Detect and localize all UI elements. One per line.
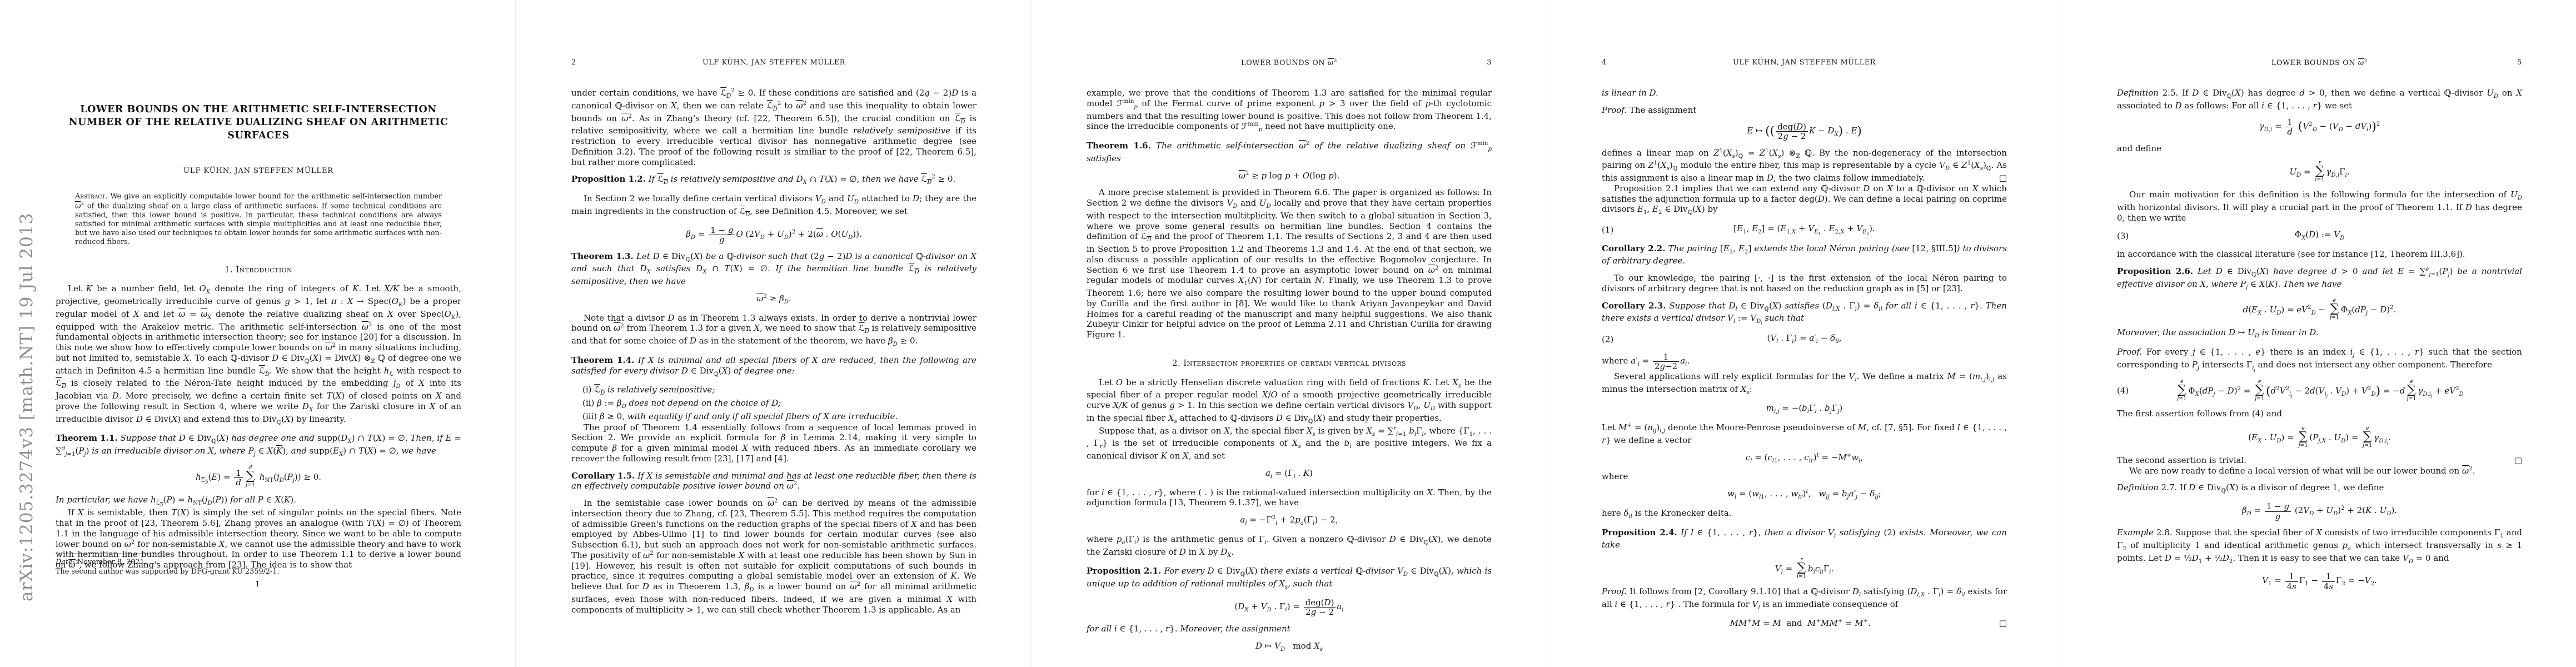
theorem-block: Theorem 1.4. If X is minimal and all spe… bbox=[571, 355, 976, 379]
paragraph: The first assertion follows from (4) and bbox=[2117, 409, 2522, 419]
paragraph: To our knowledge, the pairing [·, ·] is … bbox=[1602, 273, 2007, 294]
header-right: 3 bbox=[1487, 58, 1492, 67]
page-header: LOWER BOUNDS ON ω2 3 bbox=[1087, 58, 1492, 68]
paragraph: and define bbox=[2117, 143, 2522, 154]
page-5: LOWER BOUNDS ON ω2 5 Definition 2.5. If … bbox=[2061, 0, 2576, 667]
display-equation: ai = (Γi . K) bbox=[1087, 468, 1492, 481]
list-item: (iii) β ≥ 0, with equality if and only i… bbox=[582, 411, 976, 422]
theorem-block: Theorem 1.1. Suppose that D ∈ Divℚ(X) ha… bbox=[56, 433, 461, 459]
paragraph: Suppose that, as a divisor on X, the spe… bbox=[1087, 426, 1492, 461]
display-equation: γD,i = 1d (V2D − (VD − dVi))2 bbox=[2117, 118, 2522, 137]
page-header: 4 ULF KÜHN, JAN STEFFEN MÜLLER bbox=[1602, 58, 2007, 68]
page-2: 2 ULF KÜHN, JAN STEFFEN MÜLLER under cer… bbox=[515, 0, 1030, 667]
paragraph: where bbox=[1602, 471, 2007, 482]
paragraph: In particular, we have hℒD(P) = hNT(jD(P… bbox=[56, 495, 461, 508]
theorem-block: Proposition 1.2. If ℒD is relatively sem… bbox=[571, 174, 976, 187]
arxiv-stamp-text: arXiv:1205.3274v3 [math.NT] 19 Jul 2013 bbox=[17, 213, 37, 601]
display-equation: cl = (cl1, . . . , clr)t = −M+wl, bbox=[1602, 452, 2007, 465]
paper-title: LOWER BOUNDS ON THE ARITHMETIC SELF-INTE… bbox=[67, 103, 450, 142]
paper-authors: ULF KÜHN, JAN STEFFEN MÜLLER bbox=[56, 167, 461, 176]
paragraph: Let K be a number field, let OK denote t… bbox=[56, 283, 461, 426]
display-equation: D ↦ VD mod Xs bbox=[1087, 641, 1492, 654]
display-equation: ai = −Γ2i + 2pa(Γi) − 2, bbox=[1087, 515, 1492, 527]
theorem-block: Theorem 1.3. Let D ∈ Divℚ(X) be a ℚ-divi… bbox=[571, 251, 976, 287]
paragraph: for i ∈ {1, . . . , r}, where ( . ) is t… bbox=[1087, 487, 1492, 509]
paper-sheet: arXiv:1205.3274v3 [math.NT] 19 Jul 2013 … bbox=[0, 0, 2576, 667]
display-equation: V1 = 14sΓ1 − 14sΓ2 = −V2. bbox=[2117, 572, 2522, 591]
abstract: Abstract. We give an explicitly computab… bbox=[75, 192, 442, 246]
display-equation: βD = 1 − ggO (2VD + UD)2 + 2(ω . O(UD)). bbox=[571, 226, 976, 245]
theorem-block: Definition 2.7. If D ∈ Divℚ(X) is a divi… bbox=[2117, 482, 2522, 495]
theorem-block: Proposition 2.1. For every D ∈ Divℚ(X) t… bbox=[1087, 566, 1492, 591]
display-equation: E ↦ ((deg(D)2g − 2K − DX) . E) bbox=[1602, 122, 2007, 141]
header-left: 4 bbox=[1602, 58, 1607, 67]
section-heading: 1. Introduction bbox=[56, 265, 461, 275]
page-content: Definition 2.5. If D ∈ Divℚ(X) has degre… bbox=[2117, 88, 2522, 591]
paragraph: In Section 2 we locally define certain v… bbox=[571, 193, 976, 219]
paragraph: where a′i = 12g−2ai. bbox=[1602, 352, 2007, 371]
display-equation: wl = (wl1, . . . , wlr)t, wlj = bja′j − … bbox=[1602, 489, 2007, 501]
paragraph: We are now ready to define a local versi… bbox=[2117, 466, 2522, 476]
theorem-block: Proposition 2.6. Let D ∈ Divℚ(X) have de… bbox=[2117, 266, 2522, 292]
page-content: LOWER BOUNDS ON THE ARITHMETIC SELF-INTE… bbox=[56, 103, 461, 570]
page-content: is linear in D.Proof. The assignmentE ↦ … bbox=[1602, 88, 2007, 629]
running-head: ULF KÜHN, JAN STEFFEN MÜLLER bbox=[1733, 58, 1876, 67]
theorem-block: Proposition 2.4. If l ∈ {1, . . . , r}, … bbox=[1602, 527, 2007, 551]
theorem-block: Example 2.8. Suppose that the special fi… bbox=[2117, 527, 2522, 565]
page-3: LOWER BOUNDS ON ω2 3 example, we prove t… bbox=[1030, 0, 1546, 667]
numbered-equation: (3)ΦX(D) := VD bbox=[2117, 230, 2522, 242]
display-equation: mi,j = −(biΓi . bjΓj) bbox=[1602, 403, 2007, 416]
numbered-equation: (4)e∑j=1ΦX(dPj − D)2 = e∑j=1(d2V2ij − 2d… bbox=[2117, 379, 2522, 402]
footnote: Date: November 8, 2021.The second author… bbox=[56, 554, 461, 577]
paragraph: for all i ∈ {1, . . . , r}. Moreover, th… bbox=[1087, 624, 1492, 634]
page-header bbox=[56, 58, 461, 68]
paragraph: where pa(Γi) is the arithmetic genus of … bbox=[1087, 534, 1492, 560]
paragraph: under certain conditions, we have ℒD2 ≥ … bbox=[571, 88, 976, 167]
theorem-block: Corollary 2.3. Suppose that Dl ∈ Divℚ(X)… bbox=[1602, 301, 2007, 326]
paragraph: Moreover, the association D ↦ UD is line… bbox=[2117, 327, 2522, 340]
paragraph: here δil is the Kronecker delta. bbox=[1602, 508, 2007, 521]
list-item: (ii) β := βD does not depend on the choi… bbox=[582, 398, 976, 411]
display-equation: (EX . UD) = e∑j=1(Pj,X . UD) = e∑j=1γD,i… bbox=[2117, 426, 2522, 449]
display-equation: UD = r∑i=1γD,iΓi. bbox=[2117, 160, 2522, 183]
display-equation: ω2 ≥ p log p + O(log p). bbox=[1087, 171, 1492, 181]
theorem-block: Theorem 1.6. The arithmetic self-interse… bbox=[1087, 141, 1492, 164]
display-equation: d(EX . UD) = eV2D − e∑j=1ΦX(dPj − D)2. bbox=[2117, 298, 2522, 321]
display-equation: Vl = r∑i=1bicliΓi. bbox=[1602, 557, 2007, 580]
paragraph: defines a linear map on Z1(Xs)ℚ = Z1(Xs)… bbox=[1602, 148, 2007, 183]
theorem-block: Proof. For every j ∈ {1, . . . , e} ther… bbox=[2117, 347, 2522, 372]
display-equation: βD = 1 − gg (2VD + UD)2 + 2(K . UD). bbox=[2117, 502, 2522, 521]
equation-number: (2) bbox=[1602, 334, 1613, 345]
paragraph: Proposition 2.1 implies that we can exte… bbox=[1602, 183, 2007, 217]
theorem-block: Corollary 1.5. If X is semistable and mi… bbox=[571, 471, 976, 492]
display-equation: hℒD(E) = 1dd∑j=1 hNT(jD(Pj)) ≥ 0. bbox=[56, 465, 461, 488]
page-content: example, we prove that the conditions of… bbox=[1087, 88, 1492, 653]
paragraph: In the semistable case lower bounds on ω… bbox=[571, 498, 976, 615]
list-item: (i) ℒD is relatively semipositive; bbox=[582, 385, 976, 397]
paragraph: The second assertion is trivial.□ bbox=[2117, 455, 2522, 466]
paragraph: Let M+ = (nij)i,j denote the Moore-Penro… bbox=[1602, 422, 2007, 446]
equation-number: (4) bbox=[2117, 385, 2129, 396]
paragraph: Several applications will rely explicit … bbox=[1602, 371, 2007, 397]
page-4: 4 ULF KÜHN, JAN STEFFEN MÜLLER is linear… bbox=[1546, 0, 2061, 667]
equation-number: (1) bbox=[1602, 225, 1613, 235]
paragraph: Our main motivation for this definition … bbox=[2117, 190, 2522, 223]
paragraph: A more precise statement is provided in … bbox=[1087, 187, 1492, 340]
numbered-equation: (1)[E1, E2] = (E1,X + VE1 . E2,X + VE2). bbox=[1602, 223, 2007, 237]
theorem-block: Proof. The assignment bbox=[1602, 105, 2007, 116]
running-head: LOWER BOUNDS ON ω2 bbox=[2271, 59, 2368, 67]
header-left: 2 bbox=[571, 58, 576, 67]
display-equation: ω2 ≥ βD. bbox=[571, 293, 976, 306]
paragraph: example, we prove that the conditions of… bbox=[1087, 88, 1492, 134]
page-header: LOWER BOUNDS ON ω2 5 bbox=[2117, 58, 2522, 68]
page-content: under certain conditions, we have ℒD2 ≥ … bbox=[571, 88, 976, 615]
paragraph: in accordance with the classical literat… bbox=[2117, 249, 2522, 260]
paragraph: is linear in D. bbox=[1602, 88, 2007, 98]
display-equation: MM+M = M and M+MM+ = M+.□ bbox=[1602, 618, 2007, 629]
page-1: LOWER BOUNDS ON THE ARITHMETIC SELF-INTE… bbox=[0, 0, 515, 667]
paragraph: The proof of Theorem 1.4 essentially fol… bbox=[571, 422, 976, 464]
equation-number: (3) bbox=[2117, 231, 2129, 241]
numbered-equation: (2)(Vl . Γi) = a′i − δil, bbox=[1602, 333, 2007, 346]
page-header: 2 ULF KÜHN, JAN STEFFEN MÜLLER bbox=[571, 58, 976, 68]
paragraph: Let O be a strictly Henselian discrete v… bbox=[1087, 377, 1492, 426]
running-head: LOWER BOUNDS ON ω2 bbox=[1241, 59, 1337, 67]
display-equation: (DX + VD . Γi) = deg(D)2g − 2ai bbox=[1087, 598, 1492, 617]
page-number: 1 bbox=[0, 580, 515, 589]
paragraph: Note that a divisor D as in Theorem 1.3 … bbox=[571, 313, 976, 349]
theorem-block: Definition 2.5. If D ∈ Divℚ(X) has degre… bbox=[2117, 88, 2522, 111]
header-right: 5 bbox=[2517, 58, 2522, 67]
paragraph: Proof. It follows from [2, Corollary 9.1… bbox=[1602, 586, 2007, 612]
theorem-block: Corollary 2.2. The pairing [E1, E2] exte… bbox=[1602, 243, 2007, 267]
running-head: ULF KÜHN, JAN STEFFEN MÜLLER bbox=[702, 58, 845, 67]
section-heading: 2. Intersection properties of certain ve… bbox=[1087, 358, 1492, 369]
